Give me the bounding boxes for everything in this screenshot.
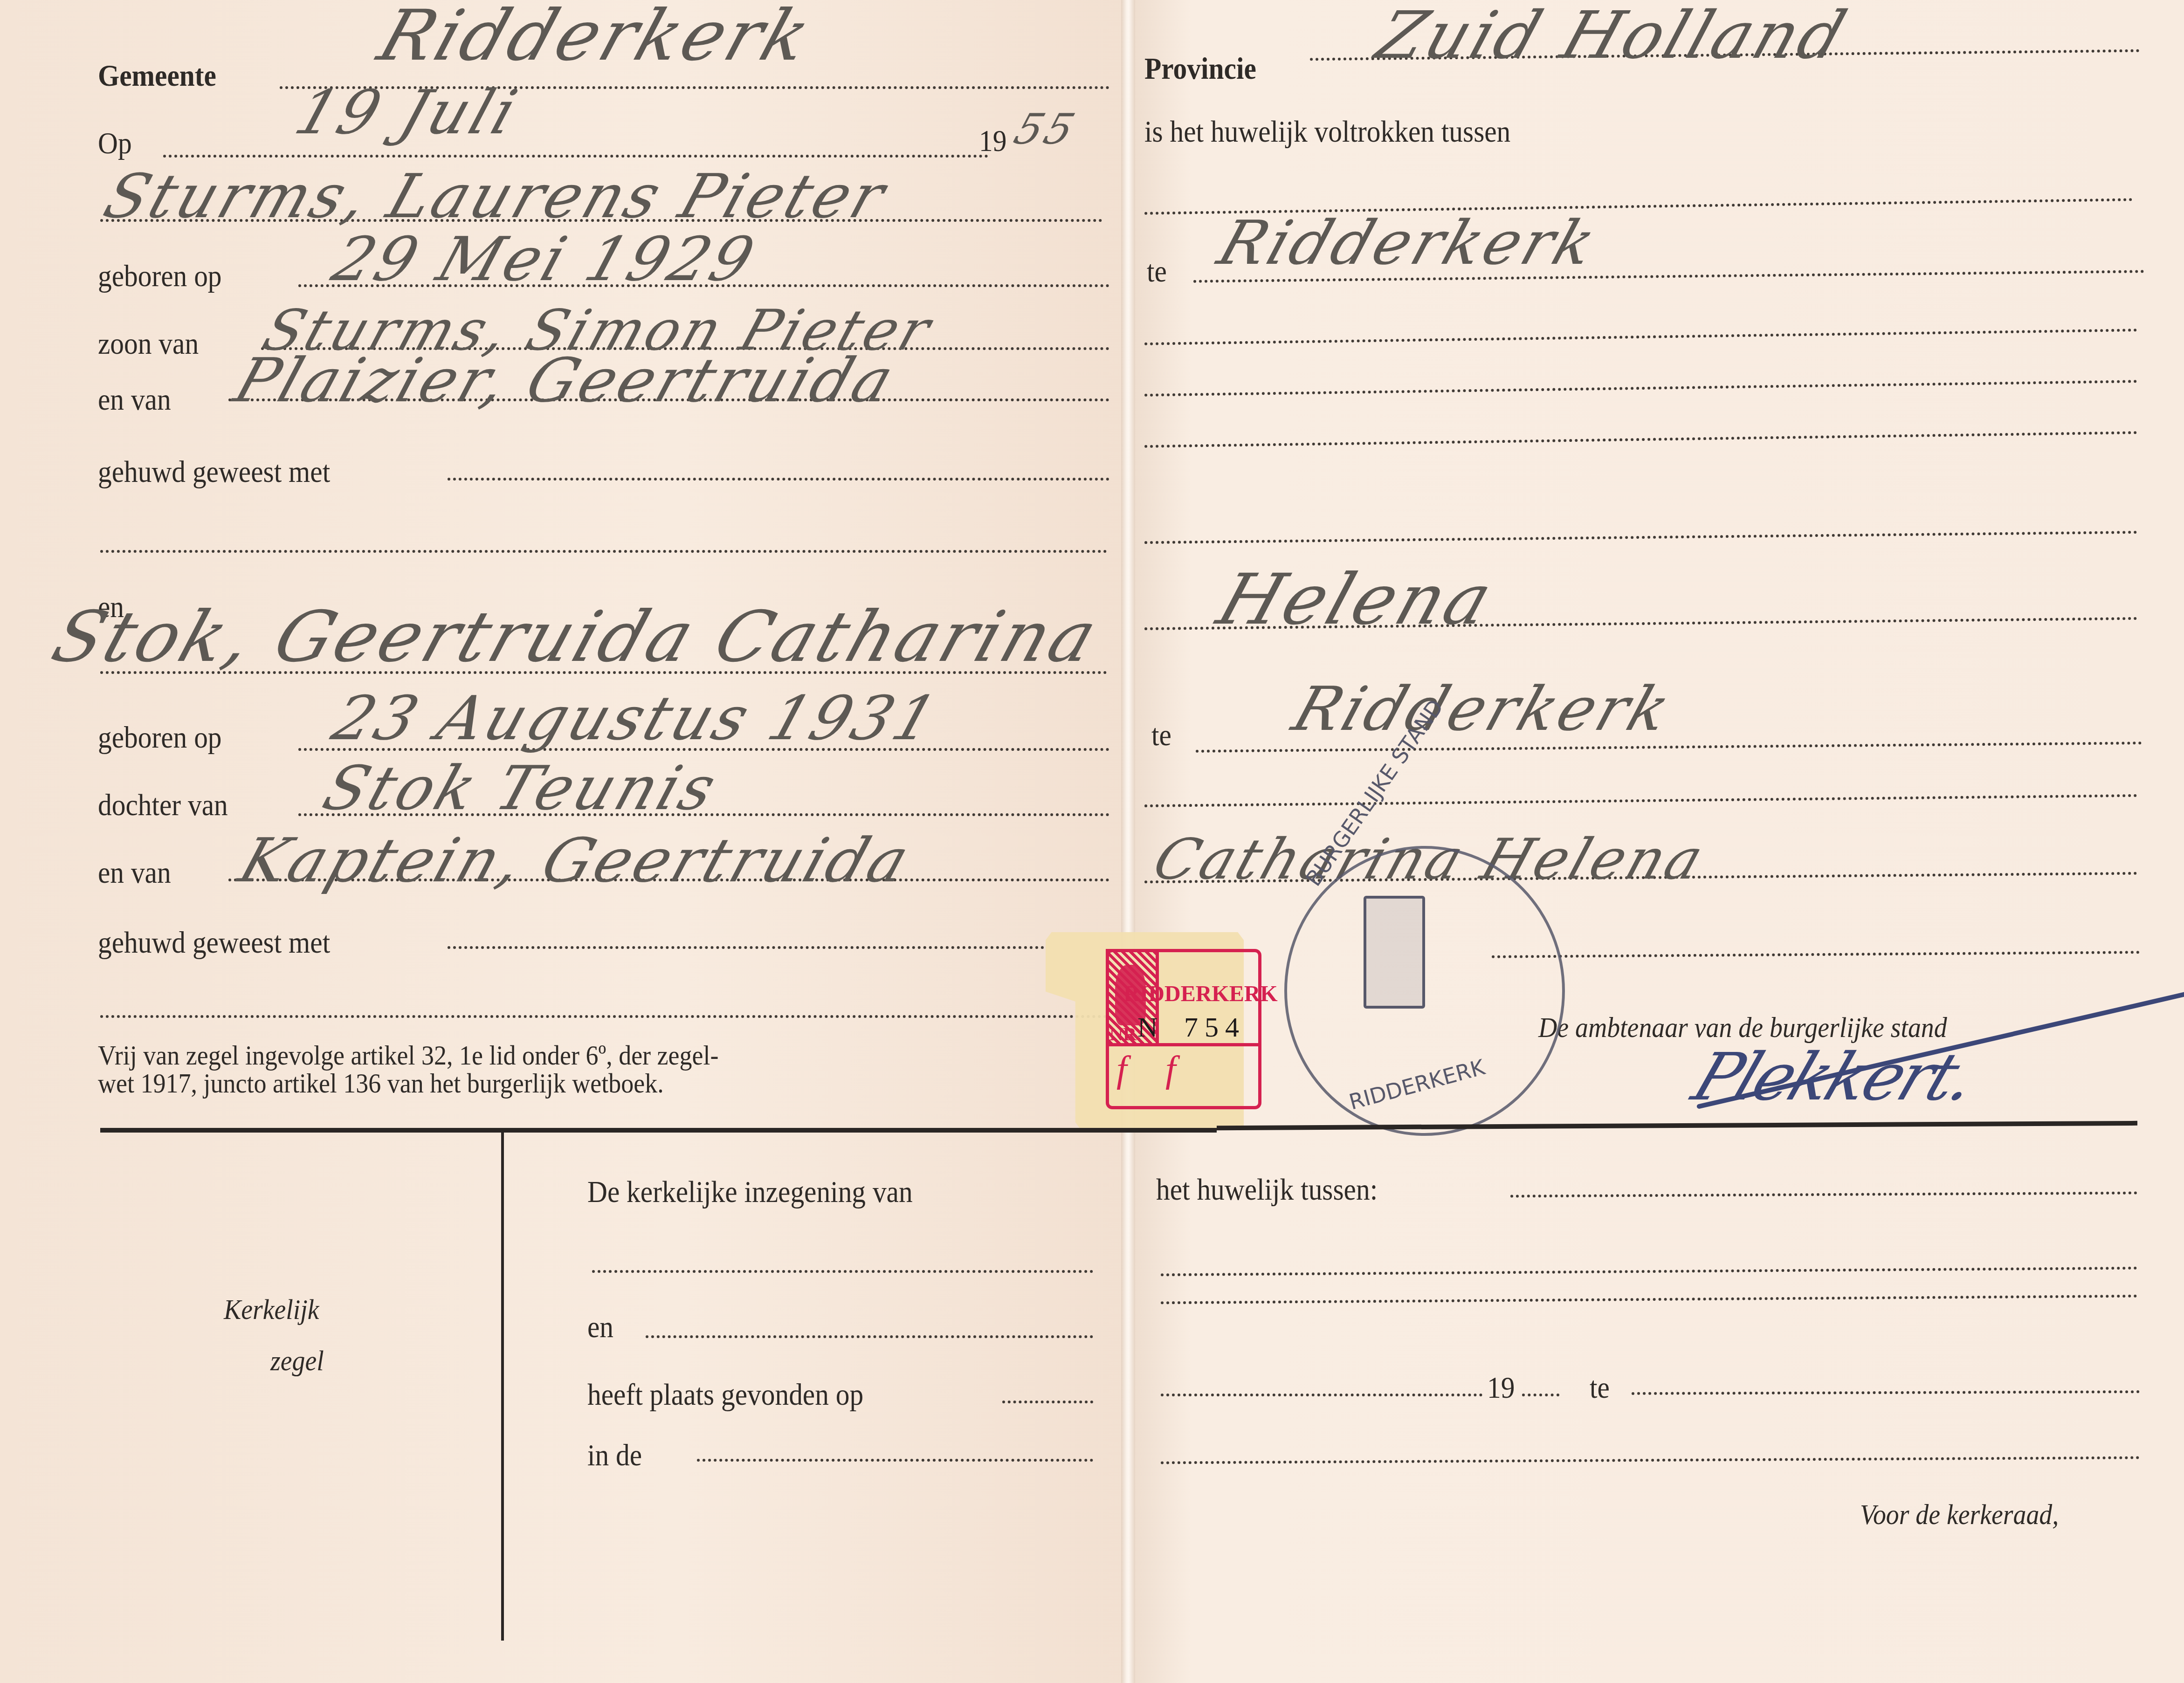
church-date-line	[1161, 1394, 1482, 1396]
bride-gehuwd-label: gehuwd geweest met	[98, 925, 330, 961]
bride-birth-date: 23 Augustus 1931	[324, 683, 948, 754]
bride-en-van-label: en van	[98, 855, 171, 891]
dochter-van-label: dochter van	[98, 788, 228, 823]
groom-geboren-op-label: geboren op	[98, 259, 222, 294]
in-de-label: in de	[587, 1438, 642, 1473]
church-year-prefix: 19	[1487, 1370, 1515, 1406]
voltrokken-text: is het huwelijk voltrokken tussen	[1144, 114, 1510, 150]
church-couple-line-left	[592, 1270, 1093, 1273]
groom-birth-place: Ridderkerk	[1210, 207, 1606, 278]
bride-previous-spouse-line	[448, 946, 1044, 949]
provincie-value: Zuid Holland	[1368, 0, 1857, 74]
stamp-number: 754	[1184, 1011, 1246, 1044]
bride-mother-part1: Kaptein, Geertruida	[231, 825, 920, 896]
gemeente-label: Gemeente	[98, 58, 216, 94]
church-year-line	[1522, 1394, 1559, 1396]
bride-birth-place: Ridderkerk	[1284, 673, 1681, 744]
legal-note-line1: Vrij van zegel ingevolge artikel 32, 1e …	[98, 1039, 718, 1072]
groom-gehuwd-label: gehuwd geweest met	[98, 454, 330, 490]
church-en-label: en	[587, 1310, 613, 1345]
year-prefix: 19	[979, 124, 1006, 159]
bride-te-label: te	[1151, 718, 1171, 753]
stamp-series: N	[1137, 1011, 1164, 1044]
church-section-divider	[501, 1133, 504, 1641]
groom-name: Sturms, Laurens Pieter	[96, 161, 896, 232]
bride-name-part1: Stok, Geertruida Catharina	[43, 597, 1109, 678]
groom-birth-date: 29 Mei 1929	[324, 224, 765, 295]
groom-extra-line	[100, 550, 1107, 553]
church-te-label: te	[1590, 1370, 1610, 1406]
bride-name-part2: Helena	[1208, 559, 1504, 640]
groom-mother: Plaizier, Geertruida	[226, 345, 904, 416]
bride-extra-line	[100, 1015, 1107, 1018]
stamp-currency-right: f	[1165, 1049, 1176, 1091]
legal-note-line2: wet 1917, juncto artikel 136 van het bur…	[98, 1067, 664, 1099]
church-intro-right: het huwelijk tussen:	[1156, 1172, 1378, 1208]
stamp-municipality: RIDDERKERK	[1123, 981, 1278, 1007]
book-spine	[1121, 0, 1135, 1683]
gemeente-value: Ridderkerk	[369, 0, 822, 76]
zoon-van-label: zoon van	[98, 326, 199, 362]
stamp-nr-label: NR.	[1109, 1023, 1141, 1045]
op-label: Op	[98, 126, 132, 161]
seal-coat-of-arms-icon	[1364, 896, 1425, 1009]
date-line	[163, 155, 988, 158]
groom-en-van-label: en van	[98, 382, 171, 418]
groom-te-label: te	[1147, 254, 1167, 289]
kerkelijk-zegel-label-2: zegel	[270, 1345, 324, 1378]
bride-father: Stok Teunis	[315, 753, 727, 824]
heeft-plaats-label: heeft plaats gevonden op	[587, 1377, 863, 1413]
kerkelijk-zegel-label-1: Kerkelijk	[224, 1293, 319, 1326]
church-name-line	[697, 1459, 1093, 1462]
kerkeraad-footer: Voor de kerkeraad,	[1860, 1498, 2059, 1532]
church-en-line	[646, 1335, 1093, 1338]
provincie-label: Provincie	[1144, 51, 1256, 87]
stamp-currency-left: f	[1116, 1049, 1127, 1091]
marriage-date: 19 Juli	[287, 77, 528, 148]
bride-geboren-op-label: geboren op	[98, 720, 222, 756]
church-date-line-left	[1002, 1401, 1093, 1403]
groom-previous-spouse-line	[448, 478, 1109, 481]
church-intro-left: De kerkelijke inzegening van	[587, 1175, 913, 1210]
section-divider-left	[100, 1128, 1217, 1133]
